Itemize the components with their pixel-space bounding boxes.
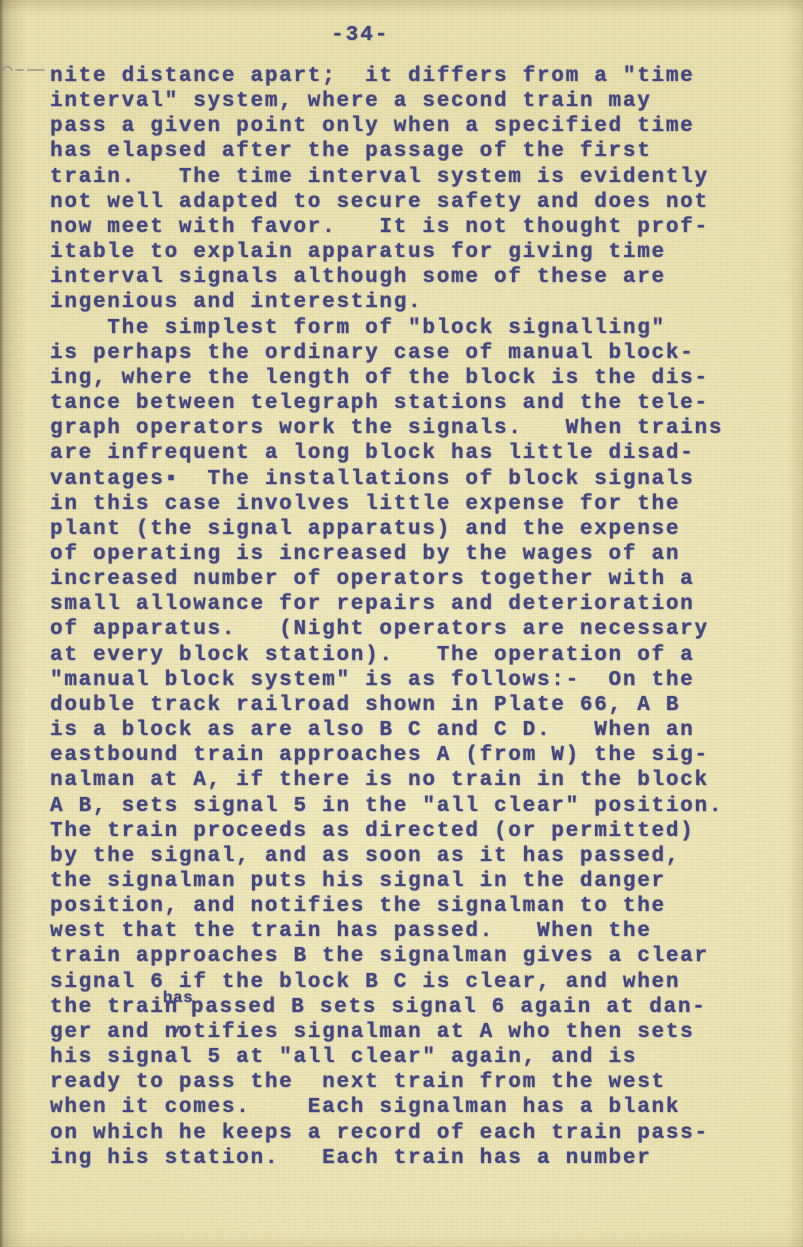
text-line: position, and notifies the signalman to … [50,894,780,919]
text-line: nalman at A, if there is no train in the… [50,768,780,793]
text-line: signal 6 if the block B C is clear, and … [50,970,780,995]
text-line: double track railroad shown in Plate 66,… [50,693,780,718]
text-line: graph operators work the signals. When t… [50,416,780,441]
scanned-document-page: -34- nite distance apart; it differs fro… [0,0,803,1247]
text-line: plant (the signal apparatus) and the exp… [50,517,780,542]
text-line: are infrequent a long block has little d… [50,441,780,466]
page-number: -34- [331,24,389,47]
text-line: "manual block system" is as follows:- On… [50,668,780,693]
text-line: on which he keeps a record of each train… [50,1121,780,1146]
text-line: The simplest form of "block signalling" [50,316,780,341]
text-line-with-insertion: the trainhas^passed B sets signal 6 agai… [50,995,780,1020]
text-line: itable to explain apparatus for giving t… [50,240,780,265]
text-line: tance between telegraph stations and the… [50,391,780,416]
text-line: nite distance apart; it differs from a "… [50,64,780,89]
text-line: A B, sets signal 5 in the "all clear" po… [50,794,780,819]
text-line: ing, where the length of the block is th… [50,366,780,391]
text-line: ger and notifies signalman at A who then… [50,1020,780,1045]
insertion-suffix: passed B sets signal 6 again at dan- [191,996,707,1019]
text-line: in this case involves little expense for… [50,492,780,517]
text-line: vantages▪ The installations of block sig… [50,467,780,492]
pencil-margin-mark [0,62,48,82]
text-line: of apparatus. (Night operators are neces… [50,617,780,642]
text-line: of operating is increased by the wages o… [50,542,780,567]
text-line: train. The time interval system is evide… [50,165,780,190]
text-line: The train proceeds as directed (or permi… [50,819,780,844]
text-line: interval signals although some of these … [50,265,780,290]
text-line: is a block as are also B C and C D. When… [50,718,780,743]
typewritten-text-block: nite distance apart; it differs from a "… [50,64,780,1171]
text-line: train approaches B the signalman gives a… [50,944,780,969]
text-line: increased number of operators together w… [50,567,780,592]
caret-mark: ^ [175,1020,186,1045]
text-line: ingenious and interesting. [50,290,780,315]
text-line: eastbound train approaches A (from W) th… [50,743,780,768]
text-line: his signal 5 at "all clear" again, and i… [50,1045,780,1070]
text-line: at every block station). The operation o… [50,643,780,668]
text-line: not well adapted to secure safety and do… [50,190,780,215]
text-line: now meet with favor. It is not thought p… [50,215,780,240]
text-line: ready to pass the next train from the we… [50,1070,780,1095]
inserted-word: has [163,986,193,1011]
text-line: interval" system, where a second train m… [50,89,780,114]
text-line: small allowance for repairs and deterior… [50,592,780,617]
text-line: is perhaps the ordinary case of manual b… [50,341,780,366]
insertion-prefix: the train [50,996,179,1019]
text-line: by the signal, and as soon as it has pas… [50,844,780,869]
text-line: has elapsed after the passage of the fir… [50,139,780,164]
text-line: ing his station. Each train has a number [50,1146,780,1171]
text-line: when it comes. Each signalman has a blan… [50,1095,780,1120]
text-line: the signalman puts his signal in the dan… [50,869,780,894]
text-line: west that the train has passed. When the [50,919,780,944]
text-line: pass a given point only when a specified… [50,114,780,139]
